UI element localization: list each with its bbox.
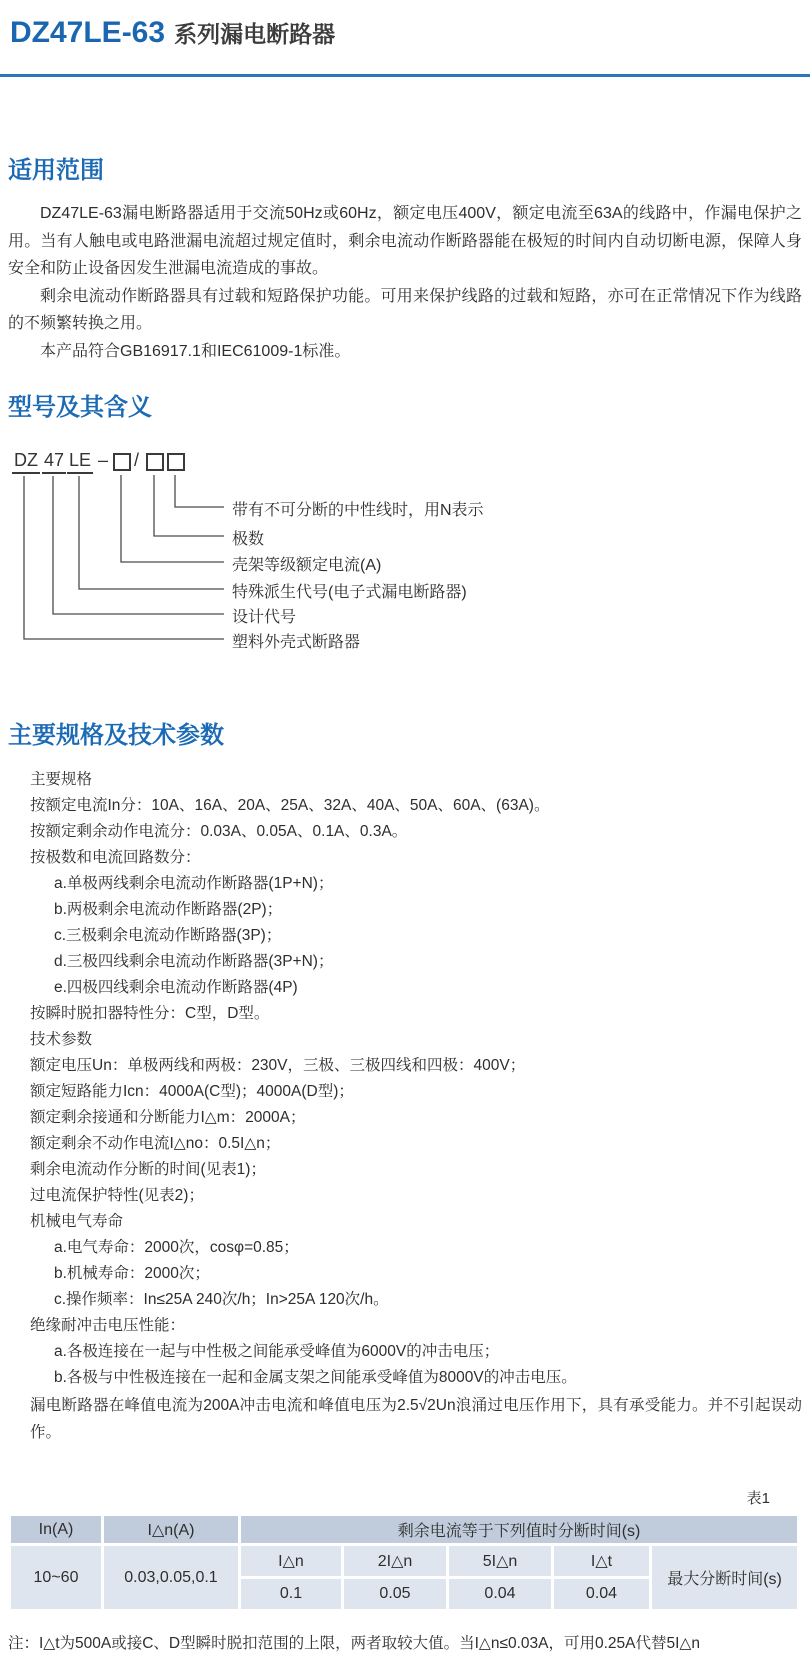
section-table1: 表1 In(A) I△n(A) 剩余电流等于下列值时分断时间(s) 10~60 … xyxy=(8,1487,800,1612)
table-subheader-cell: I△t xyxy=(554,1546,649,1576)
page-title-suffix: 系列漏电断路器 xyxy=(174,21,335,47)
section-scope: 适用范围 DZ47LE-63漏电断路器适用于交流50Hz或60Hz，额定电压40… xyxy=(8,156,802,365)
spec-line: 过电流保护特性(见表2)； xyxy=(30,1183,802,1209)
spec-line: 技术参数 xyxy=(30,1027,802,1053)
title-divider-rule xyxy=(0,74,810,77)
table-subheader-cell: 5I△n xyxy=(449,1546,551,1576)
spec-line: e.四极四线剩余电流动作断路器(4P) xyxy=(30,975,802,1001)
spec-line: 额定剩余接通和分断能力I△m：2000A； xyxy=(30,1105,802,1131)
scope-paragraph: DZ47LE-63漏电断路器适用于交流50Hz或60Hz，额定电压400V，额定… xyxy=(8,200,802,283)
spec-line: 按极数和电流回路数分： xyxy=(30,845,802,871)
spec-line: b.各极与中性极连接在一起和金属支架之间能承受峰值为8000V的冲击电压。 xyxy=(30,1365,802,1391)
page-title-model: DZ47LE-63 xyxy=(10,16,165,49)
model-label-design-code: 设计代号 xyxy=(232,604,296,627)
table-value-cell: 0.04 xyxy=(554,1579,649,1609)
table-subheader-cell: I△n xyxy=(241,1546,341,1576)
section-heading-specs: 主要规格及技术参数 xyxy=(8,721,802,751)
specs-closing-paragraph: 漏电断路器在峰值电流为200A冲击电流和峰值电压为2.5√2Un浪涌过电压作用下… xyxy=(30,1392,802,1446)
table1: In(A) I△n(A) 剩余电流等于下列值时分断时间(s) 10~60 0.0… xyxy=(8,1513,800,1612)
model-placeholder-box xyxy=(167,453,185,471)
spec-line: 按额定电流In分：10A、16A、20A、25A、32A、40A、50A、60A… xyxy=(30,793,802,819)
table-cell-idn-values: 0.03,0.05,0.1 xyxy=(104,1546,238,1609)
table-value-cell: 0.05 xyxy=(344,1579,446,1609)
model-label-neutral: 带有不可分断的中性线时，用N表示 xyxy=(232,497,484,520)
table-cell-in-range: 10~60 xyxy=(11,1546,101,1609)
table-value-cell: 0.04 xyxy=(449,1579,551,1609)
scope-paragraph: 本产品符合GB16917.1和IEC61009-1标准。 xyxy=(8,338,802,366)
section-heading-model: 型号及其含义 xyxy=(8,393,802,423)
scope-paragraph: 剩余电流动作断路器具有过载和短路保护功能。可用来保护线路的过载和短路，亦可在正常… xyxy=(8,283,802,338)
model-connector-lines xyxy=(12,449,802,664)
spec-lines: 主要规格 按额定电流In分：10A、16A、20A、25A、32A、40A、50… xyxy=(30,767,802,1446)
spec-line: a.电气寿命：2000次，cosφ=0.85； xyxy=(30,1235,802,1261)
model-diagram: DZ 47 LE – / 带有不可分断的中性线时，用N表示 极数 壳架等级额定电… xyxy=(12,449,802,664)
table-value-cell: 0.1 xyxy=(241,1579,341,1609)
model-label-special-code: 特殊派生代号(电子式漏电断路器) xyxy=(232,579,467,602)
spec-line: c.操作频率：In≤25A 240次/h；In>25A 120次/h。 xyxy=(30,1287,802,1313)
model-label-poles: 极数 xyxy=(232,526,264,549)
spec-line: 机械电气寿命 xyxy=(30,1209,802,1235)
spec-line: 额定短路能力Icn：4000A(C型)；4000A(D型)； xyxy=(30,1079,802,1105)
table-subheader-cell: 2I△n xyxy=(344,1546,446,1576)
model-code-seg-47: 47 xyxy=(42,449,66,474)
table-header-cell-in: In(A) xyxy=(11,1516,101,1543)
table1-caption: 表1 xyxy=(8,1487,800,1508)
model-label-molded-case: 塑料外壳式断路器 xyxy=(232,629,360,652)
table-header-cell-idn: I△n(A) xyxy=(104,1516,238,1543)
model-code-slash: / xyxy=(134,449,139,471)
spec-line: c.三极剩余电流动作断路器(3P)； xyxy=(30,923,802,949)
table1-note: 注：I△t为500A或接C、D型瞬时脱扣范围的上限，两者取较大值。当I△n≤0.… xyxy=(8,1631,806,1653)
spec-line: 绝缘耐冲击电压性能： xyxy=(30,1313,802,1339)
spec-line: 额定剩余不动作电流I△no：0.5I△n； xyxy=(30,1131,802,1157)
spec-line: 按瞬时脱扣器特性分：C型，D型。 xyxy=(30,1001,802,1027)
scope-text: DZ47LE-63漏电断路器适用于交流50Hz或60Hz，额定电压400V，额定… xyxy=(8,200,802,365)
spec-line: a.单极两线剩余电流动作断路器(1P+N)； xyxy=(30,871,802,897)
spec-line: b.机械寿命：2000次； xyxy=(30,1261,802,1287)
spec-line: 主要规格 xyxy=(30,767,802,793)
section-specs: 主要规格及技术参数 主要规格 按额定电流In分：10A、16A、20A、25A、… xyxy=(8,721,802,1446)
section-model: 型号及其含义 DZ 47 LE – / 带有不可分断的中性线时，用N表示 极数 … xyxy=(8,393,802,664)
spec-line: 按额定剩余动作电流分：0.03A、0.05A、0.1A、0.3A。 xyxy=(30,819,802,845)
model-label-frame-current: 壳架等级额定电流(A) xyxy=(232,552,381,575)
model-placeholder-box xyxy=(113,453,131,471)
spec-line: 剩余电流动作分断的时间(见表1)； xyxy=(30,1157,802,1183)
page-title: DZ47LE-63系列漏电断路器 xyxy=(10,16,335,50)
table-cell-max-break-label: 最大分断时间(s) xyxy=(652,1546,797,1609)
model-code-seg-dz: DZ xyxy=(12,449,40,474)
section-heading-scope: 适用范围 xyxy=(8,156,802,186)
spec-line: b.两极剩余电流动作断路器(2P)； xyxy=(30,897,802,923)
model-placeholder-box xyxy=(146,453,164,471)
spec-line: 额定电压Un：单极两线和两极：230V，三极、三极四线和四极：400V； xyxy=(30,1053,802,1079)
model-code-seg-le: LE xyxy=(67,449,93,474)
spec-line: d.三极四线剩余电流动作断路器(3P+N)； xyxy=(30,949,802,975)
model-code-dash: – xyxy=(98,449,108,471)
spec-line: a.各极连接在一起与中性极之间能承受峰值为6000V的冲击电压； xyxy=(30,1339,802,1365)
table-header-cell-break-time: 剩余电流等于下列值时分断时间(s) xyxy=(241,1516,797,1543)
